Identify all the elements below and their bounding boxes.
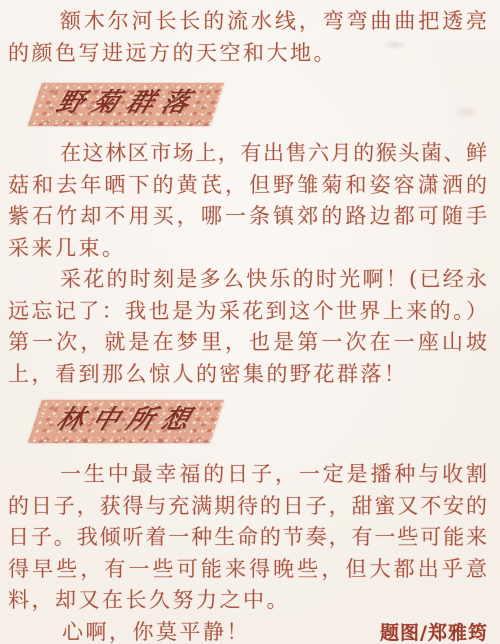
paragraph-line: 采花的时刻是多么快乐的时光啊！(已经永 [8, 264, 488, 296]
paragraph-line: 采来几束。 [8, 233, 488, 265]
paragraph-line: 的日子，获得与充满期待的日子，甜蜜又不安的 [8, 491, 488, 523]
paragraph-line: 额木尔河长长的流水线，弯弯曲曲把透亮 [8, 6, 488, 38]
paragraph-line: 的颜色写进远方的天空和大地。 [8, 38, 488, 70]
section-heading-stamp-forest-thoughts: 林中所想 [28, 400, 224, 443]
paragraph-line: 在这林区市场上，有出售六月的猴头菌、鲜 [8, 138, 488, 170]
paragraph-line: 远忘记了：我也是为采花到这个世界上来的。） [8, 296, 488, 328]
scan-smudge [452, 104, 482, 120]
paragraph-flower-picking: 采花的时刻是多么快乐的时光啊！(已经永 远忘记了：我也是为采花到这个世界上来的。… [8, 264, 488, 390]
paragraph-line: 紫石竹却不用买，哪一条镇郊的路边都可随手 [8, 201, 488, 233]
section-heading-text: 野菊群落 [53, 88, 203, 118]
paragraph-line: 得早些，有一些可能来得晚些，但大都出乎意 [8, 554, 488, 586]
paragraph-line: 菇和去年晒下的黄芪，但野雏菊和姿容潇洒的 [8, 170, 488, 202]
paragraph-intro: 额木尔河长长的流水线，弯弯曲曲把透亮 的颜色写进远方的天空和大地。 [8, 6, 488, 69]
closing-row: 心啊，你莫平静！ 题图/郑雅筠 [8, 617, 488, 644]
paragraph-market: 在这林区市场上，有出售六月的猴头菌、鲜 菇和去年晒下的黄芪，但野雏菊和姿容潇洒的… [8, 138, 488, 264]
paragraph-line: 日子。我倾听着一种生命的节奏，有一些可能来 [8, 522, 488, 554]
paragraph-line: 第一次，就是在梦里，也是第一次在一座山坡 [8, 327, 488, 359]
closing-line: 心啊，你莫平静！ [8, 617, 250, 644]
paragraph-line: 上，看到那么惊人的密集的野花群落！ [8, 359, 488, 391]
artwork-credit: 题图/郑雅筠 [380, 618, 488, 644]
scanned-book-page: 额木尔河长长的流水线，弯弯曲曲把透亮 的颜色写进远方的天空和大地。 野菊群落 在… [0, 0, 500, 644]
section-heading-text: 林中所想 [53, 405, 203, 435]
section-heading-stamp-wild-chrysanthemum: 野菊群落 [28, 83, 224, 126]
paragraph-happiest-days: 一生中最幸福的日子，一定是播种与收割 的日子，获得与充满期待的日子，甜蜜又不安的… [8, 459, 488, 617]
paragraph-line: 料，却又在长久努力之中。 [8, 585, 488, 617]
paragraph-line: 一生中最幸福的日子，一定是播种与收割 [8, 459, 488, 491]
